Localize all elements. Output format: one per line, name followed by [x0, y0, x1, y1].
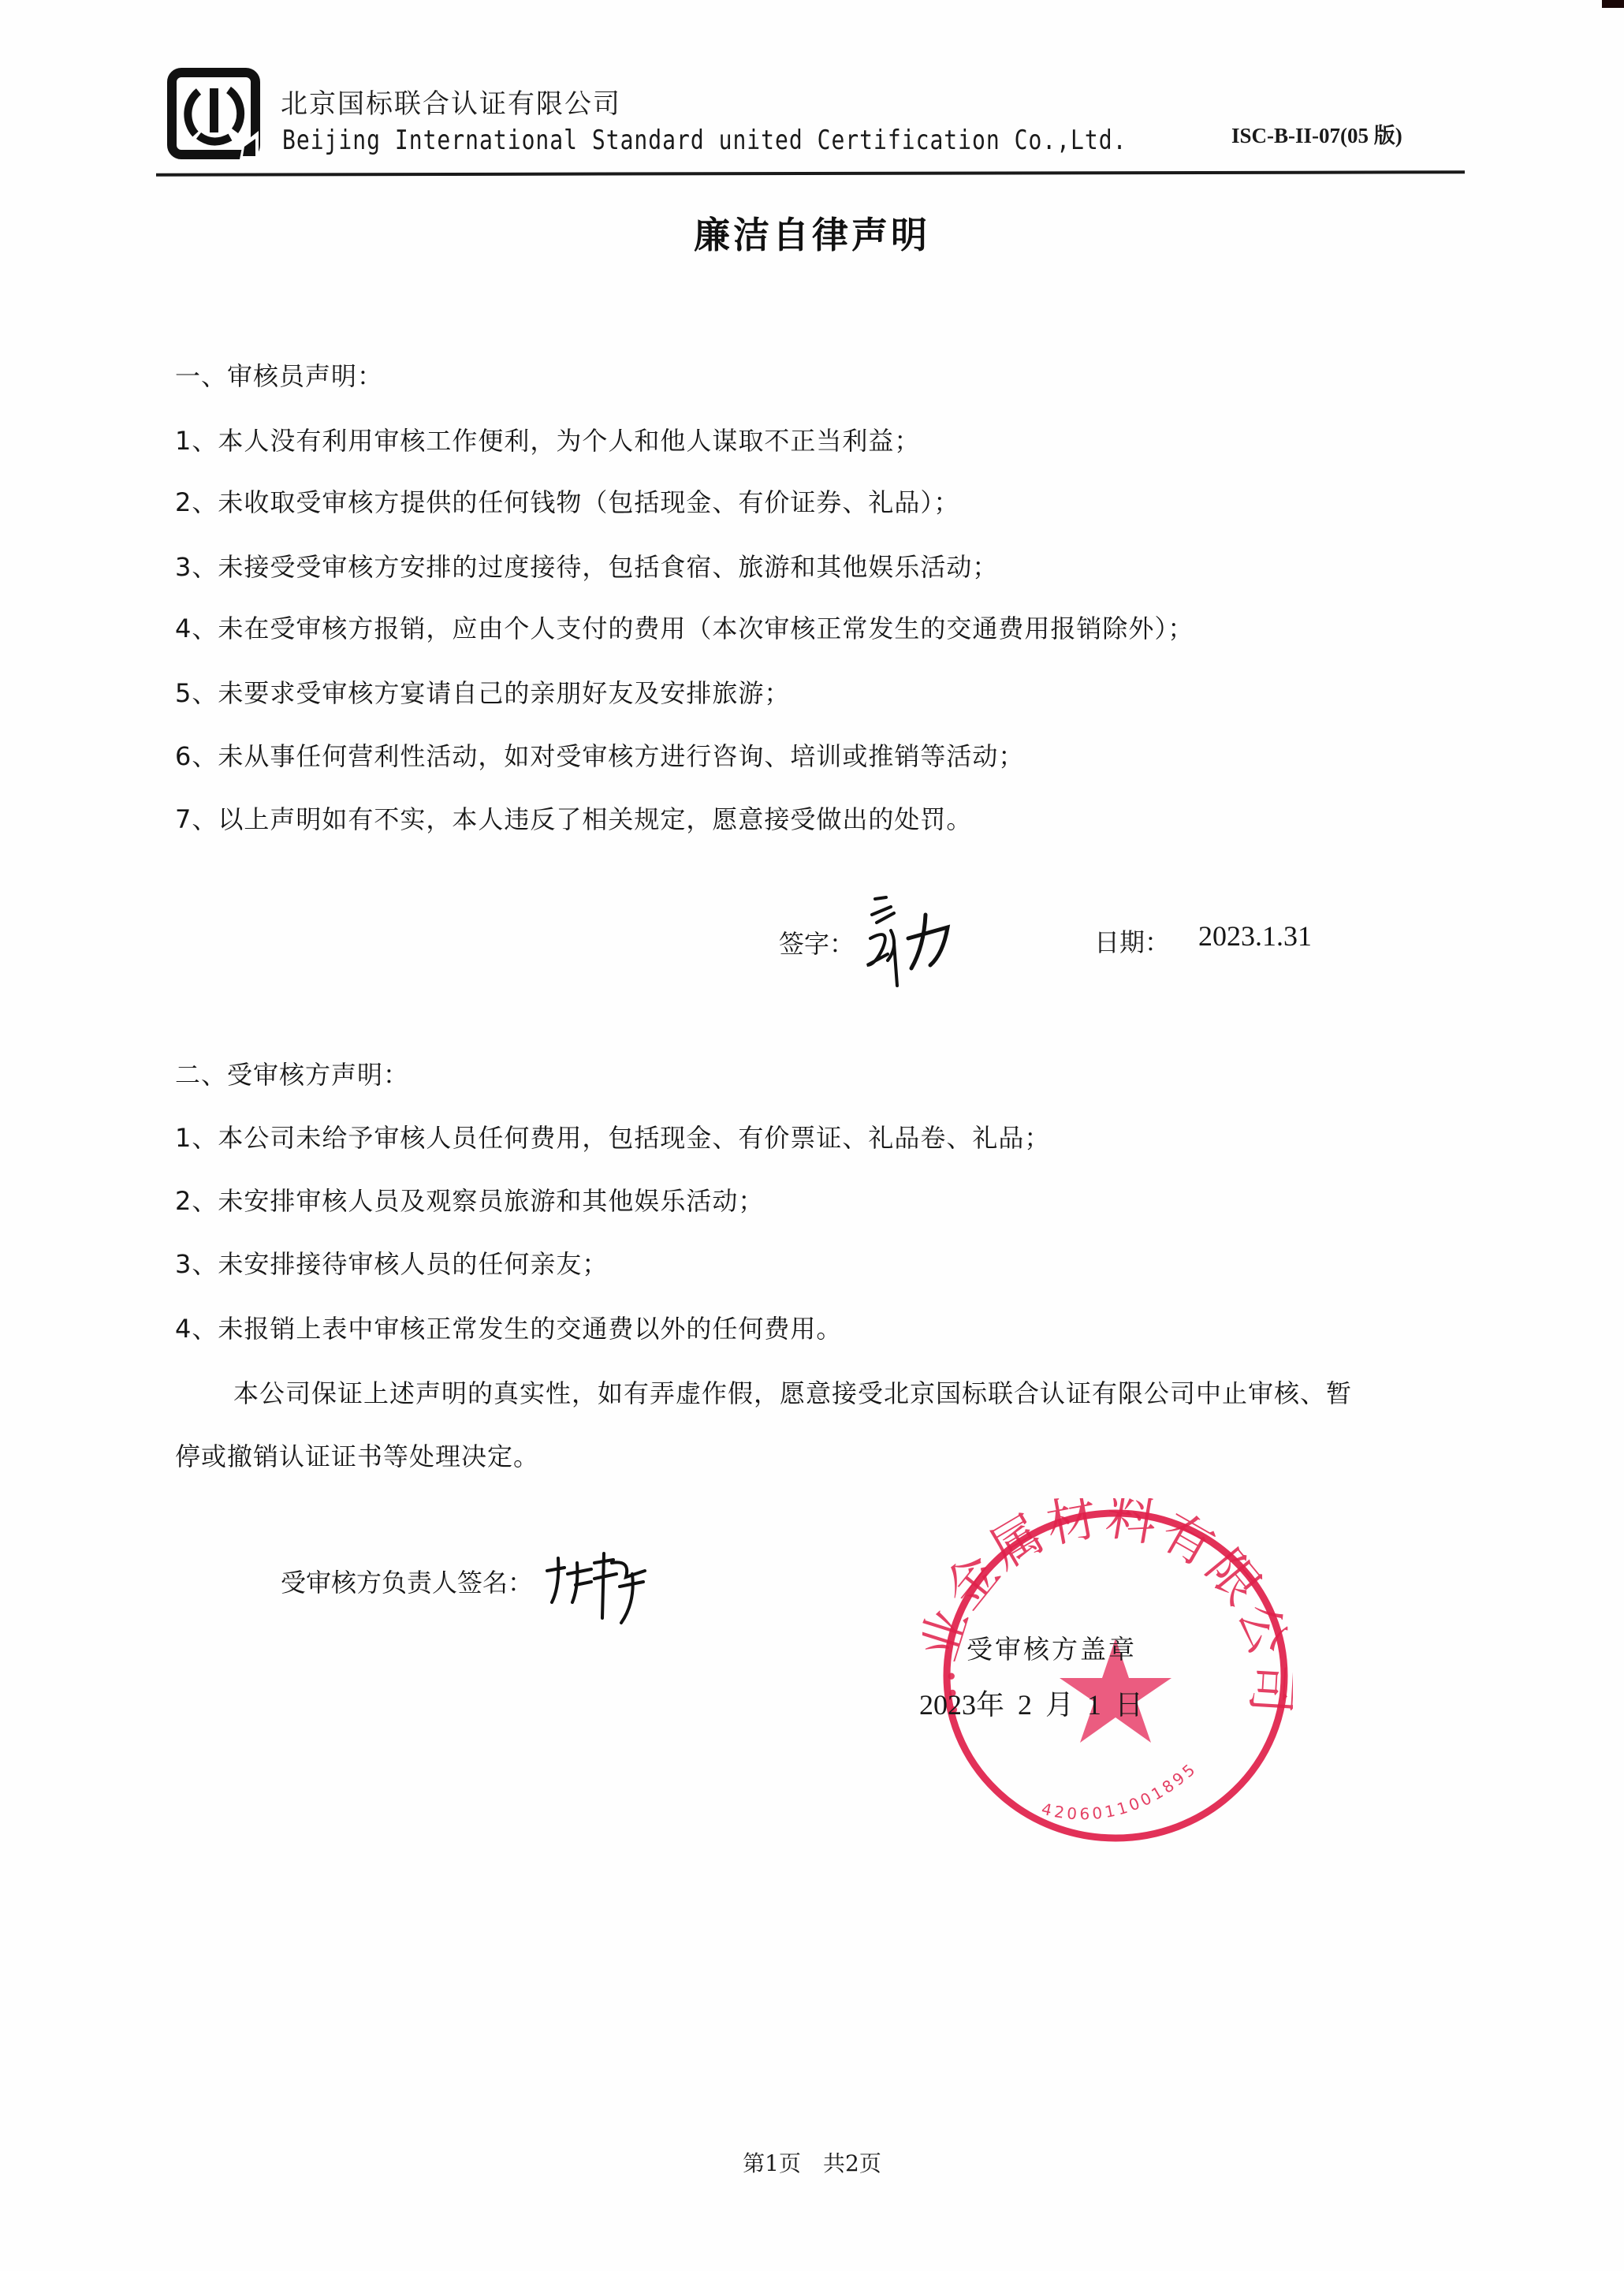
header-divider — [156, 170, 1465, 176]
document-code: ISC-B-II-07(05 版) — [1231, 118, 1402, 149]
document-page: 北京国标联合认证有限公司 Beijing International Stand… — [0, 0, 1624, 2271]
auditor-item: 4、未在受审核方报销，应由个人支付的费用（本次审核正常发生的交通费用报销除外）； — [175, 609, 1194, 645]
auditor-item: 2、未收取受审核方提供的任何钱物（包括现金、有价证券、礼品）； — [175, 483, 959, 519]
auditor-sign-date: 2023.1.31 — [1198, 919, 1312, 953]
seal-caption: 受审核方盖章 — [967, 1629, 1137, 1666]
auditor-item: 6、未从事任何营利性活动，如对受审核方进行咨询、培训或推销等活动； — [175, 736, 1024, 773]
guarantee-statement-cont: 停或撤销认证证书等处理决定。 — [175, 1437, 539, 1473]
handwritten-signature-icon — [859, 883, 978, 1001]
auditor-item: 7、以上声明如有不实，本人违反了相关规定，愿意接受做出的处罚。 — [175, 800, 972, 836]
auditee-item: 2、未安排审核人员及观察员旅游和其他娱乐活动； — [175, 1181, 764, 1218]
company-name-cn: 北京国标联合认证有限公司 — [281, 82, 621, 121]
page-footer: 第1页共2页 — [0, 2146, 1624, 2178]
auditor-item: 1、本人没有利用审核工作便利，为个人和他人谋取不正当利益； — [175, 421, 920, 457]
auditor-item: 5、未要求受审核方宴请自己的亲朋好友及安排旅游； — [175, 673, 790, 710]
auditee-item: 4、未报销上表中审核正常发生的交通费以外的任何费用。 — [175, 1309, 842, 1345]
handwritten-signature-icon — [544, 1547, 654, 1626]
scan-edge-artifact — [1602, 0, 1624, 8]
svg-text:4206011001895: 4206011001895 — [1040, 1758, 1201, 1824]
auditor-item: 3、未接受受审核方安排的过度接待，包括食宿、旅游和其他娱乐活动； — [175, 547, 998, 584]
signatory-label: 受审核方负责人签名： — [281, 1563, 533, 1599]
auditee-item: 1、本公司未给予审核人员任何费用，包括现金、有价票证、礼品卷、礼品； — [175, 1118, 1050, 1154]
signature-label: 签字： — [779, 924, 855, 960]
date-label: 日期： — [1094, 923, 1170, 959]
seal-date: 2023年 2 月 1 日 — [919, 1683, 1143, 1723]
page-title: 廉洁自律声明 — [0, 207, 1624, 259]
isc-logo-icon — [167, 68, 262, 162]
page-total: 共2页 — [823, 2150, 881, 2176]
auditor-section-heading: 一、审核员声明： — [175, 356, 383, 393]
company-seal-stamp: …业金属材料有限公司 4206011001895 — [922, 1498, 1293, 1853]
company-name-en: Beijing International Standard united Ce… — [282, 125, 1127, 156]
auditee-item: 3、未安排接待审核人员的任何亲友； — [175, 1244, 608, 1281]
guarantee-statement: 本公司保证上述声明的真实性，如有弄虚作假，愿意接受北京国标联合认证有限公司中止审… — [233, 1374, 1352, 1410]
page-current: 第1页 — [743, 2150, 801, 2176]
auditee-section-heading: 二、受审核方声明： — [175, 1055, 409, 1091]
